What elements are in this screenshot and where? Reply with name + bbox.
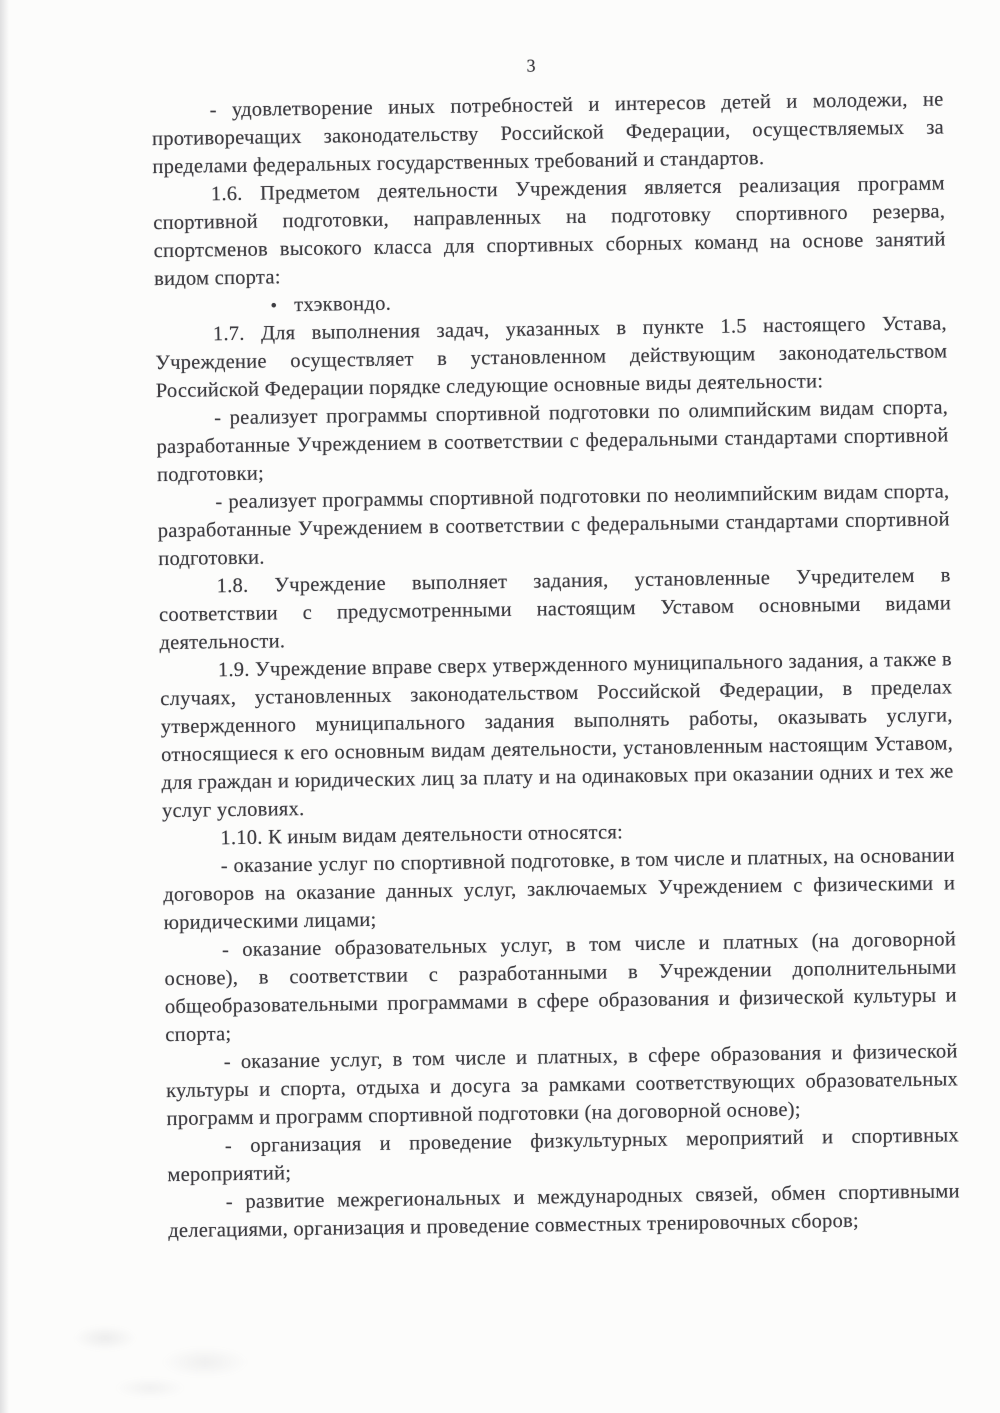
para-international-relations: - развитие межрегиональных и международн…: [168, 1177, 961, 1245]
para-clause-1-6: 1.6. Предметом деятельности Учреждения я…: [153, 169, 947, 293]
scanned-text-layer: 3 - удовлетворение иных потребностей и и…: [0, 0, 1000, 1413]
page-number: 3: [1, 48, 1000, 85]
para-clause-1-9: 1.9. Учреждение вправе сверх утвержденно…: [160, 645, 954, 825]
bullet-icon: •: [212, 291, 277, 320]
para-educational-services: - оказание образовательных услуг, в том …: [164, 925, 958, 1049]
para-needs-continuation: - удовлетворение иных потребностей и инт…: [151, 85, 944, 181]
para-clause-1-7: 1.7. Для выполнения задач, указанных в п…: [155, 309, 948, 405]
para-olympic-programs: - реализует программы спортивной подгото…: [156, 393, 949, 489]
para-sport-training-services: - оказание услуг по спортивной подготовк…: [163, 841, 956, 937]
para-non-olympic-programs: - реализует программы спортивной подгото…: [157, 477, 950, 573]
list-item-text: тхэквондо.: [294, 293, 391, 316]
para-clause-1-8: 1.8. Учреждение выполняет задания, устан…: [158, 561, 951, 657]
document-page: 3 - удовлетворение иных потребностей и и…: [0, 0, 1000, 1413]
document-body: - удовлетворение иных потребностей и инт…: [151, 85, 960, 1245]
para-leisure-services: - оказание услуг, в том числе и платных,…: [166, 1037, 959, 1133]
